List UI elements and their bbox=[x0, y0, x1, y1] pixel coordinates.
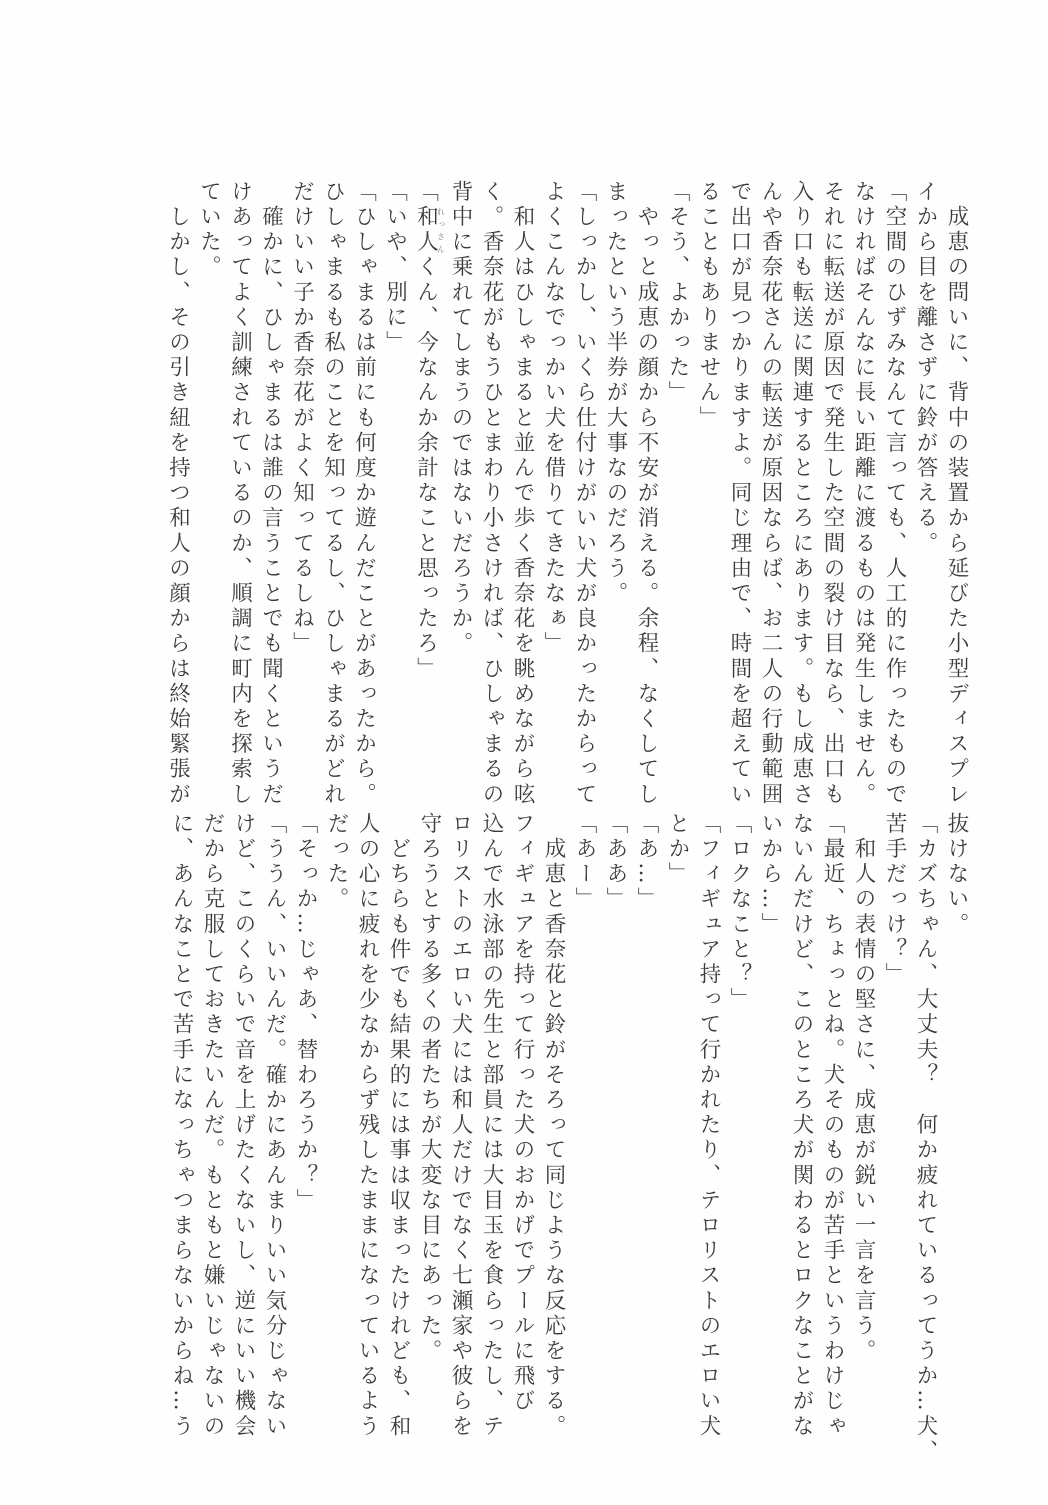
text-line: しかし、その引き紐を持つ和人の顔からは終始緊張が bbox=[163, 180, 194, 720]
text-line: で出口が見つかりますよ。同じ理由で、時間を超えてい bbox=[724, 180, 755, 720]
text-line: けど、このくらいで音を上げたくないし、逆にいい機会 bbox=[228, 812, 259, 1412]
text-line: 「あー」 bbox=[569, 812, 600, 1412]
text-line: 成恵と香奈花と鈴がそろって同じような反応をする。 bbox=[538, 812, 569, 1412]
text-line: やっと成恵の顔から不安が消える。余程、なくしてし bbox=[631, 180, 662, 720]
text-line: ることもありません」 bbox=[693, 180, 724, 720]
text-line: 「空間のひずみなんて言っても、人工的に作ったもので bbox=[879, 180, 910, 720]
text-line: 「カズちゃん、大丈夫？ 何か疲れているってうか…犬、 bbox=[910, 812, 941, 1412]
text-line: 入り口も転送に関連するところにあります。もし成恵さ bbox=[786, 180, 817, 720]
text-line: 成恵の問いに、背中の装置から延びた小型ディスプレ bbox=[941, 180, 972, 720]
text-line: まったという半券が大事なのだろう。 bbox=[600, 180, 631, 720]
text-line: とか」 bbox=[662, 812, 693, 1412]
text-line: だけいい子か香奈花がよく知ってるしね」 bbox=[287, 180, 318, 720]
text-line: く。香奈花がもうひとまわり小さければ、ひしゃまるの bbox=[476, 180, 507, 720]
text-line: フィギュアを持って行った犬のおかげでプールに飛び bbox=[507, 812, 538, 1412]
text-line: 「そっか…じゃあ、替わろうか？」 bbox=[290, 812, 321, 1412]
book-page: 成恵の問いに、背中の装置から延びた小型ディスプレ イから目を離さずに鈴が答える。… bbox=[0, 0, 1048, 1505]
text-line: 「フィギュア持って行かれたり、テロリストのエロい犬 bbox=[693, 812, 724, 1412]
bottom-text-block: 抜けない。 「カズちゃん、大丈夫？ 何か疲れているってうか…犬、 苦手だっけ？」… bbox=[72, 812, 972, 1412]
text-line: 「ひしゃまるは前にも何度か遊んだことがあったから。 bbox=[349, 180, 380, 720]
text-line: んや香奈花さんの転送が原因ならば、お二人の行動範囲 bbox=[755, 180, 786, 720]
text-line: 「いや、別に」 bbox=[380, 180, 411, 720]
text-line: 守ろうとする多くの者たちが大変な目にあった。 bbox=[414, 812, 445, 1412]
text-line: 「あ…」 bbox=[631, 812, 662, 1412]
text-line: なければそんなに長い距離に渡るものは発生しません。 bbox=[848, 180, 879, 720]
text-line: それに転送が原因で発生した空間の裂け目なら、出口も bbox=[817, 180, 848, 720]
text-line: 和人はひしゃまると並んで歩く香奈花を眺めながら呟 bbox=[507, 180, 538, 720]
text-line: どちらも件でも結果的には事は収まったけれども、和 bbox=[383, 812, 414, 1412]
text-line: 苦手だっけ？」 bbox=[879, 812, 910, 1412]
text-line: 「しっかし、いくら仕付けがいい犬が良かったからって bbox=[569, 180, 600, 720]
text-line: 背中に乗れてしまうのではないだろうか。 bbox=[445, 180, 476, 720]
text-line: ひしゃまるも私のことを知ってるし、ひしゃまるがどれ bbox=[318, 180, 349, 720]
text-line: ロリストのエロい犬には和人だけでなく七瀬家や彼らを bbox=[445, 812, 476, 1412]
text-line: 確かに、ひしゃまるは誰の言うことでも聞くというだ bbox=[256, 180, 287, 720]
text-line: 抜けない。 bbox=[941, 812, 972, 1412]
text-line: に、あんなことで苦手になっちゃつまらないからね…う bbox=[166, 812, 197, 1412]
text-line: 「ああ」 bbox=[600, 812, 631, 1412]
text-line: 込んで水泳部の先生と部員には大目玉を食らったし、テ bbox=[476, 812, 507, 1412]
text-line: よくこんなでっかい犬を借りてきたなぁ」 bbox=[538, 180, 569, 720]
text-line: イから目を離さずに鈴が答える。 bbox=[910, 180, 941, 720]
text-line: だった。 bbox=[321, 812, 352, 1412]
text-line: 「ううん、いいんだ。確かにあんまりいい気分じゃない bbox=[259, 812, 290, 1412]
text-line-with-ruby: 「和人れっさんくん、今なんか余計なこと思ったろ」 bbox=[411, 180, 446, 720]
text-line: ないんだけど、このところ犬が関わるとロクなことがな bbox=[786, 812, 817, 1412]
text-line: 人の心に疲れを少なからず残したままになっているよう bbox=[352, 812, 383, 1412]
text-line: ていた。 bbox=[194, 180, 225, 720]
text-line: けあってよく訓練されているのか、順調に町内を探索し bbox=[225, 180, 256, 720]
quote-open: 「 bbox=[414, 180, 439, 205]
ruby-line-rest: くん、今なんか余計なこと思ったろ」 bbox=[414, 255, 439, 682]
top-text-block: 成恵の問いに、背中の装置から延びた小型ディスプレ イから目を離さずに鈴が答える。… bbox=[72, 180, 972, 720]
text-line: だから克服しておきたいんだ。もともと嫌いじゃないの bbox=[197, 812, 228, 1412]
text-line: 和人の表情の堅さに、成恵が鋭い一言を言う。 bbox=[848, 812, 879, 1412]
furigana: れっさん bbox=[437, 205, 446, 255]
ruby-annotation: 和人れっさん bbox=[414, 205, 439, 255]
text-line: 「そう、よかった」 bbox=[662, 180, 693, 720]
text-line: 「最近、ちょっとね。犬そのものが苦手というわけじゃ bbox=[817, 812, 848, 1412]
text-line: いから…」 bbox=[755, 812, 786, 1412]
text-line: 「ロクなこと？」 bbox=[724, 812, 755, 1412]
